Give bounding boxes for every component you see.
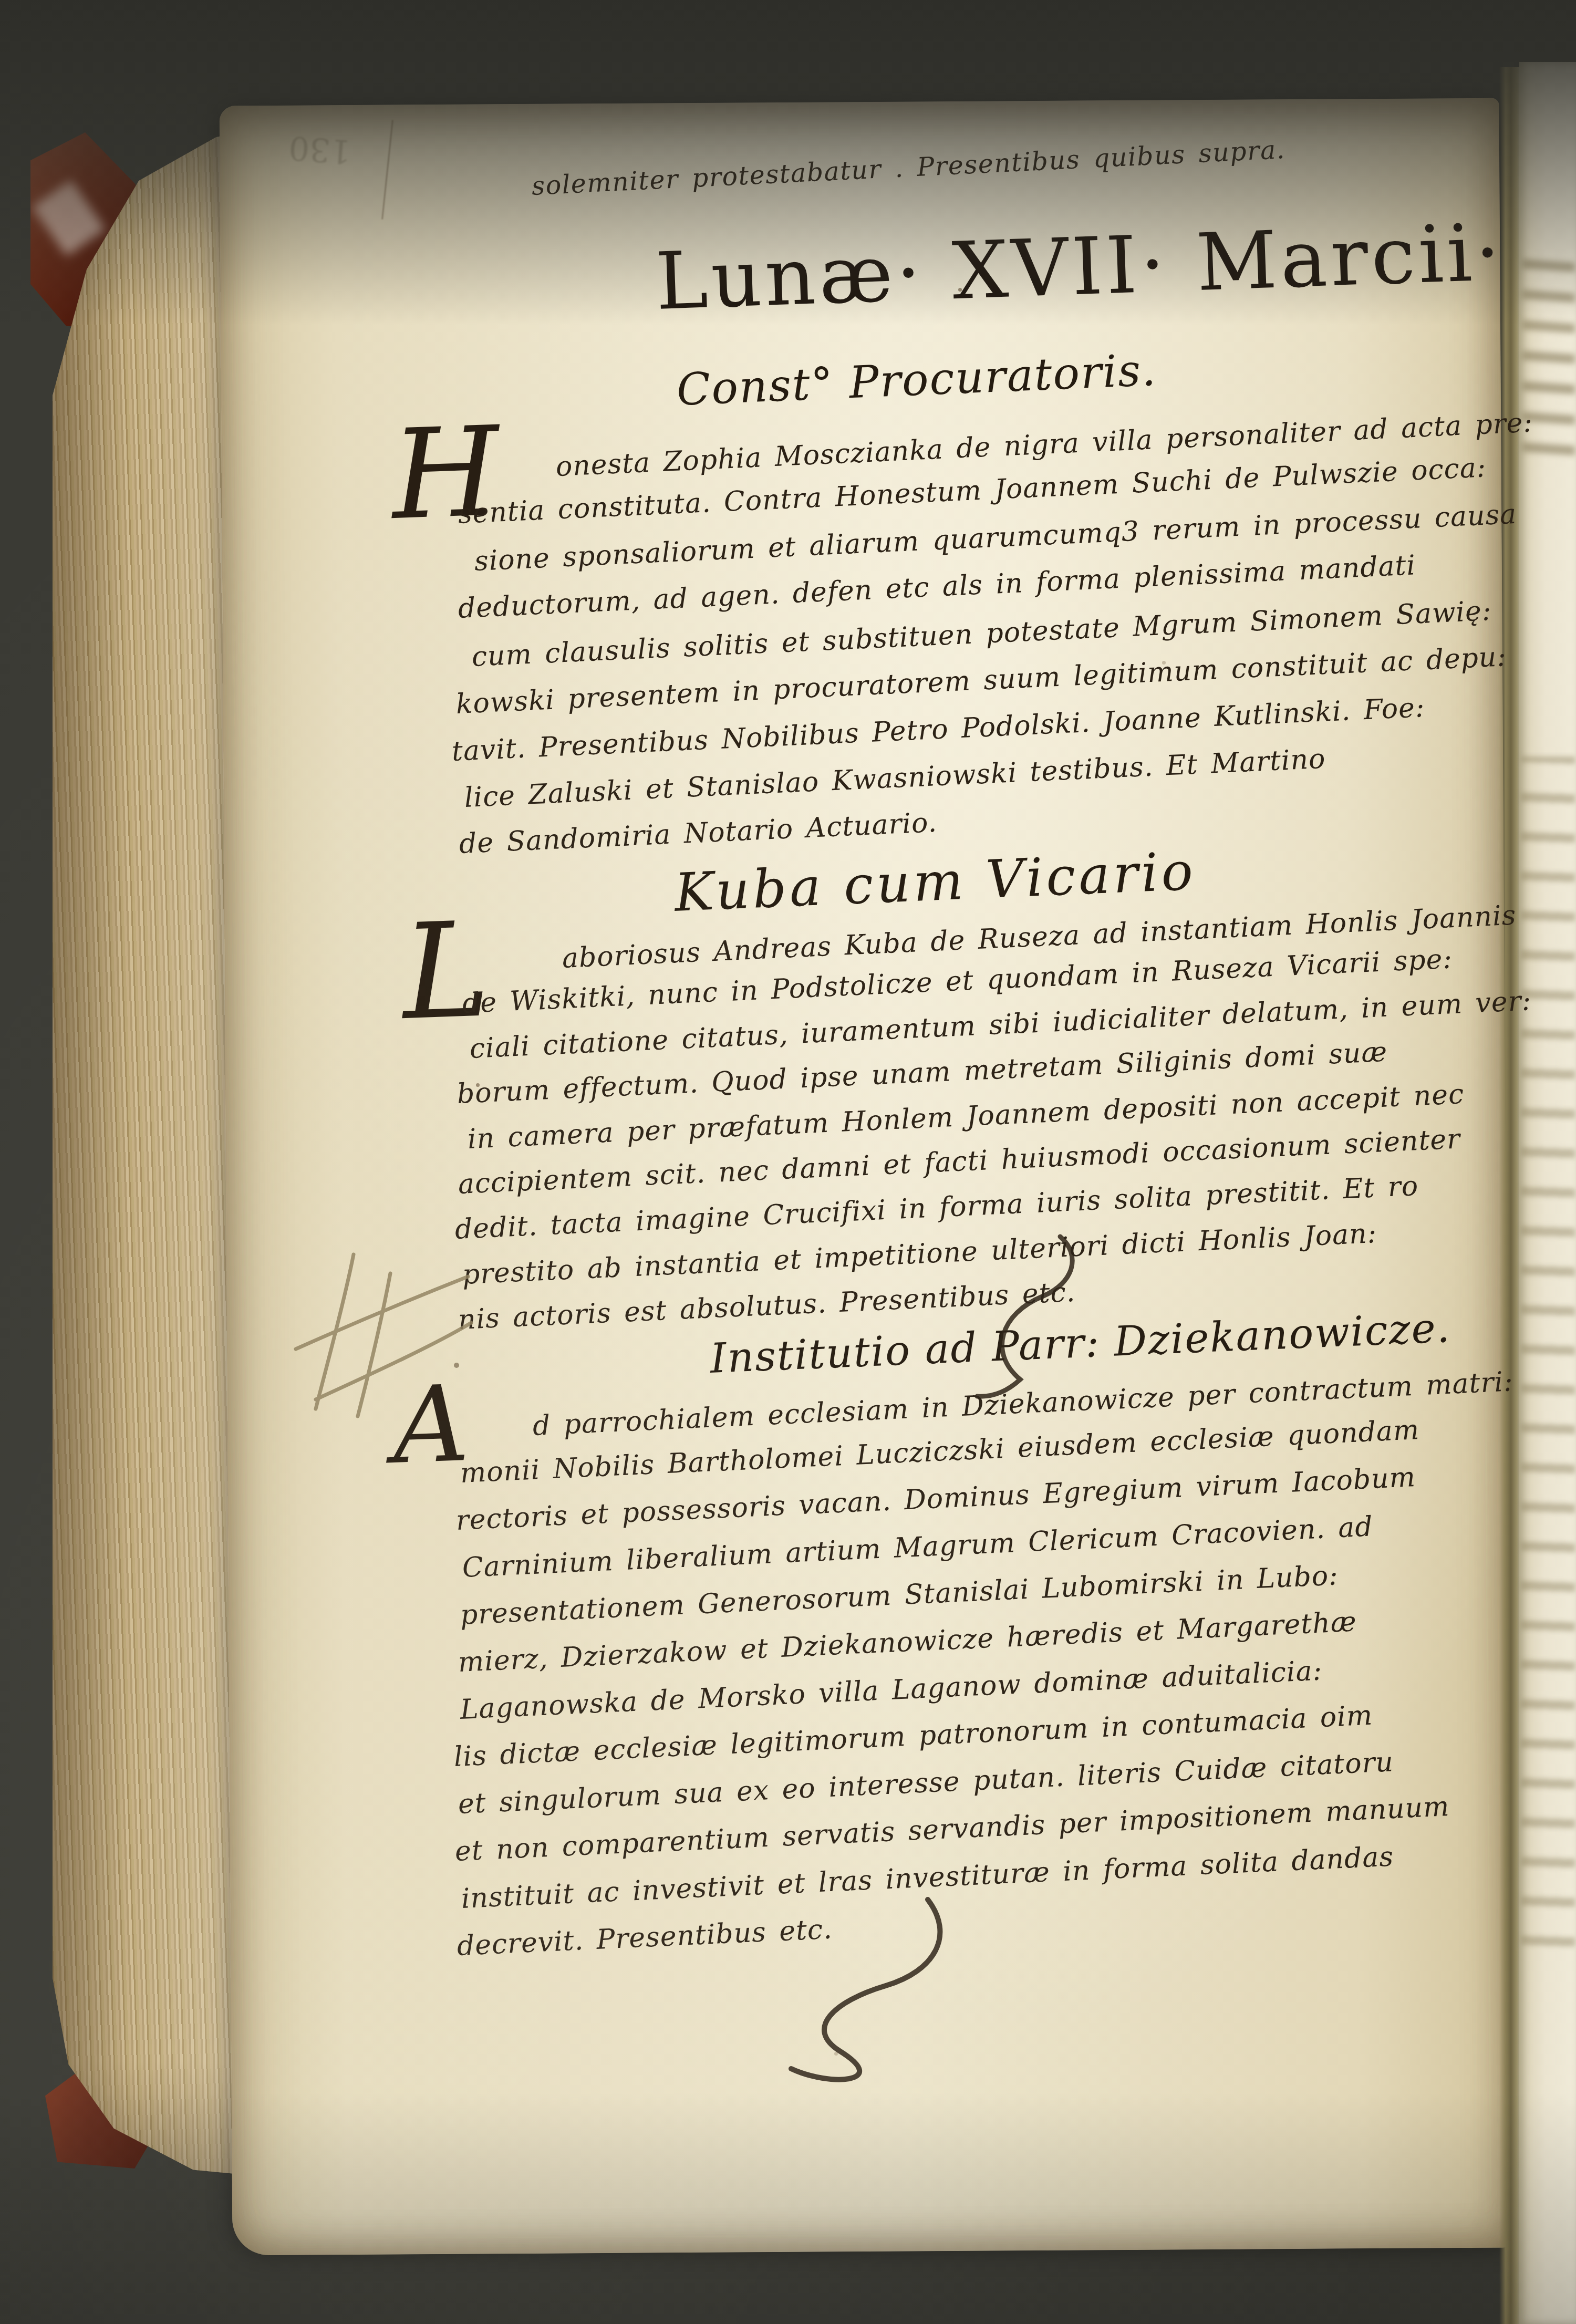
ink-speck [1162, 661, 1166, 665]
scan-background: 130 solemniter protestabatur . Presentib… [0, 0, 1576, 2324]
ink-speck [834, 2052, 838, 2056]
page-number-ghost: 130 [288, 131, 352, 168]
pen-flourish [761, 1891, 987, 2091]
pen-flourish [957, 1227, 1099, 1400]
ink-speck [454, 1363, 459, 1368]
pencil-hash-mark [265, 1240, 475, 1424]
ink-speck [958, 288, 962, 292]
ink-speck [476, 1083, 480, 1087]
gutter-shadow [1499, 67, 1520, 2324]
ghost-text [1521, 756, 1575, 1975]
ghost-text [1522, 247, 1575, 473]
